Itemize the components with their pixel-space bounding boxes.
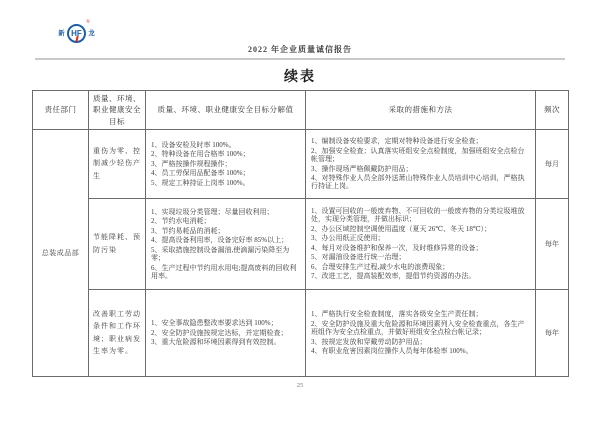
- report-header-title: 2022 年企业质量诚信报告: [0, 44, 600, 55]
- goal-cell: 改善职工劳动条件和工作环境；职业病发生率为零。: [89, 289, 146, 376]
- logo-right-character: 龙: [88, 29, 94, 38]
- header-divider: [35, 58, 565, 60]
- header-frequency: 频次: [536, 91, 569, 130]
- table-header-row: 责任部门 质量、环境、职业健康安全目标 质量、环境、职业健康安全目标分解值 采取…: [33, 91, 569, 130]
- table-row: 改善职工劳动条件和工作环境；职业病发生率为零。 1、安全事故隐患整改率要求达到 …: [33, 289, 569, 376]
- logo-left-character: 新: [58, 29, 64, 38]
- breakdown-cell: 1、实现垃圾分类管理；尽量回收利用；2、节约水电消耗；3、节约易耗品的消耗；4、…: [146, 198, 306, 289]
- measures-cell: 1、设置可回收的一般废弃物、不可回收的一般废弃物的分类垃圾堆放处，实现分类管理，…: [306, 198, 536, 289]
- page-number: 25: [0, 382, 600, 389]
- hf-emblem-icon: HF ®: [67, 24, 86, 43]
- document-page: 新 HF ® 龙 2022 年企业质量诚信报告 续表 责任部门 质量、环境、职业…: [0, 0, 600, 428]
- frequency-cell: 每月: [536, 129, 569, 198]
- goal-cell: 重伤为零、控制减少轻伤产生: [89, 129, 146, 198]
- header-responsible-department: 责任部门: [33, 91, 89, 130]
- frequency-cell: 每年: [536, 289, 569, 376]
- measures-cell: 1、编制设备安检要求，定期对特种设备进行安全检查；2、加强安全检查；认真落实班组…: [306, 129, 536, 198]
- table-row: 节能降耗、预防污染 1、实现垃圾分类管理；尽量回收利用；2、节约水电消耗；3、节…: [33, 198, 569, 289]
- page-title: 续表: [0, 66, 600, 86]
- breakdown-cell: 1、安全事故隐患整改率要求达到 100%；2、安全防护设施按规定达标，并定期检查…: [146, 289, 306, 376]
- company-logo: 新 HF ® 龙: [58, 22, 95, 44]
- measures-cell: 1、严格执行安全检查制度，落实各级安全生产责任制；2、安全防护设施及重大危险源和…: [306, 289, 536, 376]
- goal-cell: 节能降耗、预防污染: [89, 198, 146, 289]
- breakdown-cell: 1、设备安检及时率 100%。2、特种设备在用合格率 100%；3、严格按操作规…: [146, 129, 306, 198]
- header-qehs-goal: 质量、环境、职业健康安全目标: [89, 91, 146, 130]
- table-row: 总装成品部 重伤为零、控制减少轻伤产生 1、设备安检及时率 100%。2、特种设…: [33, 129, 569, 198]
- logo-red-stroke: [75, 35, 78, 41]
- header-goal-breakdown: 质量、环境、职业健康安全目标分解值: [146, 91, 306, 130]
- goals-measures-table: 责任部门 质量、环境、职业健康安全目标 质量、环境、职业健康安全目标分解值 采取…: [32, 90, 569, 377]
- frequency-cell: 每年: [536, 198, 569, 289]
- registered-trademark-icon: ®: [86, 20, 90, 25]
- department-cell: 总装成品部: [33, 129, 89, 376]
- header-measures-methods: 采取的措施和方法: [306, 91, 536, 130]
